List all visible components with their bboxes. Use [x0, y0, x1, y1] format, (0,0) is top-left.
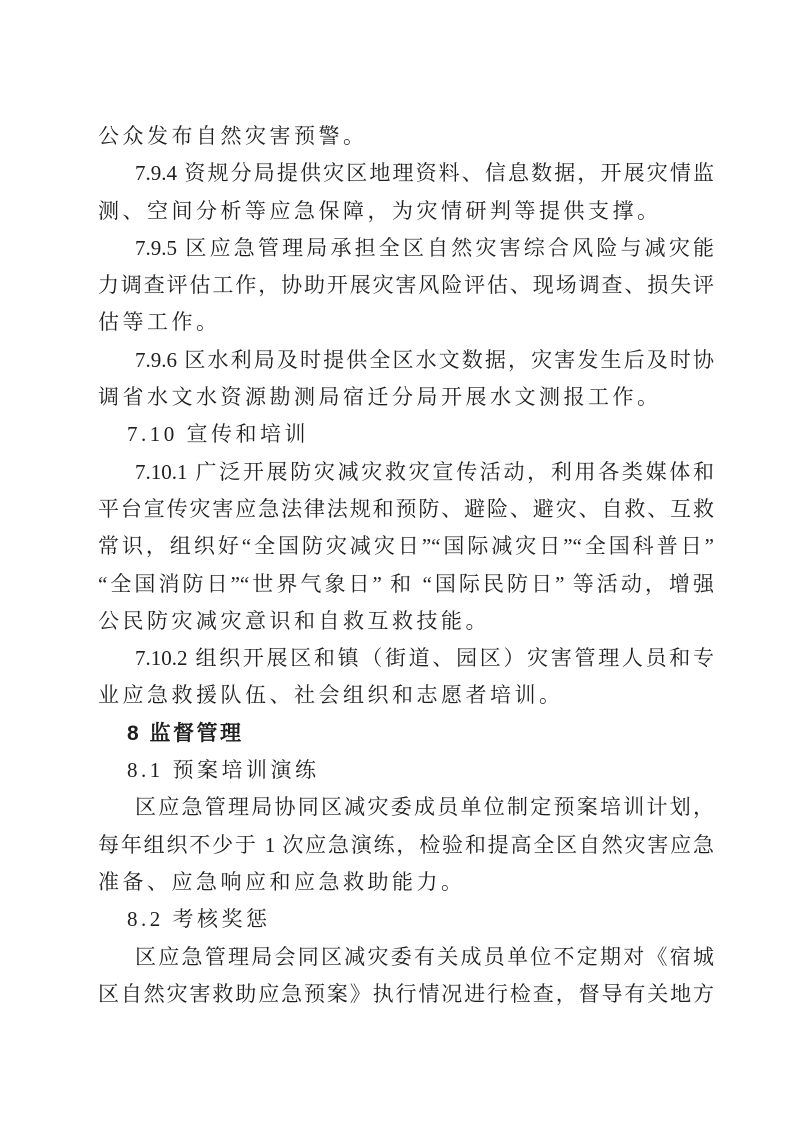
body-line: 平台宣传灾害应急法律法规和预防、避险、避灾、自救、互救 — [98, 491, 714, 528]
body-line: 公民防灾减灾意识和自救互救技能。 — [98, 603, 714, 640]
body-line: 区应急管理局协同区减灾委成员单位制定预案培训计划， — [98, 789, 714, 826]
body-line: 估等工作。 — [98, 304, 714, 341]
heading-7-10: 7.10 宣传和培训 — [98, 416, 714, 453]
body-line: 每年组织不少于 1 次应急演练，检验和提高全区自然灾害应急 — [98, 827, 714, 864]
body-line: 区应急管理局会同区减灾委有关成员单位不定期对《宿城 — [98, 939, 714, 976]
heading-8: 8 监督管理 — [98, 715, 714, 752]
document-page: 公众发布自然灾害预警。 7.9.4 资规分局提供灾区地理资料、信息数据，开展灾情… — [0, 0, 793, 1122]
body-line: 力调查评估工作，协助开展灾害风险评估、现场调查、损失评 — [98, 267, 714, 304]
body-line: 常识，组织好“全国防灾减灾日”“国际减灾日”“全国科普日” — [98, 528, 714, 565]
body-line: 7.10.2 组织开展区和镇（街道、园区）灾害管理人员和专 — [98, 640, 714, 677]
heading-8-2: 8.2 考核奖惩 — [98, 901, 714, 938]
body-line: 测、空间分析等应急保障，为灾情研判等提供支撑。 — [98, 193, 714, 230]
body-line: 公众发布自然灾害预警。 — [98, 118, 714, 155]
body-line: 区自然灾害救助应急预案》执行情况进行检查，督导有关地方 — [98, 976, 714, 1013]
body-line: 调省水文水资源勘测局宿迁分局开展水文测报工作。 — [98, 379, 714, 416]
body-line: 7.10.1 广泛开展防灾减灾救灾宣传活动，利用各类媒体和 — [98, 454, 714, 491]
body-line: 7.9.4 资规分局提供灾区地理资料、信息数据，开展灾情监 — [98, 155, 714, 192]
body-line: 准备、应急响应和应急救助能力。 — [98, 864, 714, 901]
body-line: 业应急救援队伍、社会组织和志愿者培训。 — [98, 677, 714, 714]
heading-8-1: 8.1 预案培训演练 — [98, 752, 714, 789]
body-line: 7.9.5 区应急管理局承担全区自然灾害综合风险与减灾能 — [98, 230, 714, 267]
body-line: “全国消防日”“世界气象日” 和 “国际民防日” 等活动，增强 — [98, 566, 714, 603]
body-line: 7.9.6 区水利局及时提供全区水文数据，灾害发生后及时协 — [98, 342, 714, 379]
